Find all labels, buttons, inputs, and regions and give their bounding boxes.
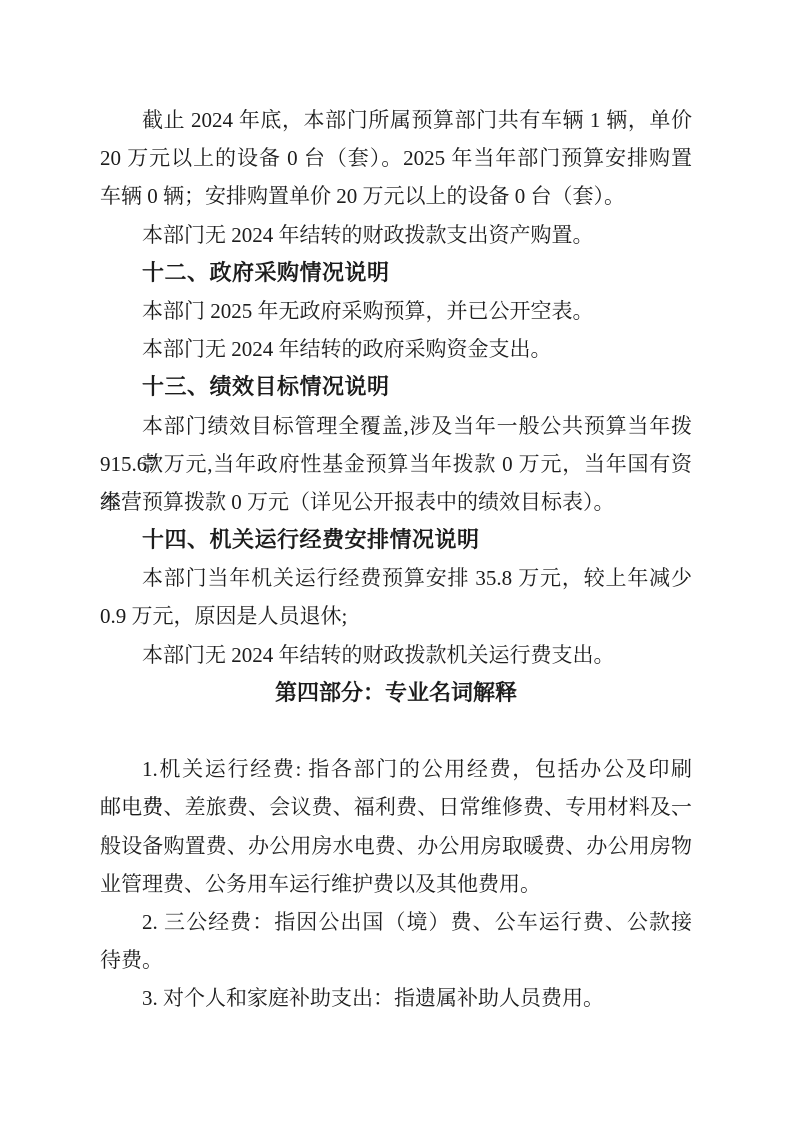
paragraph-line: 本部门 2025 年无政府采购预算，并已公开空表。 (100, 292, 692, 330)
heading-section-14: 十四、机关运行经费安排情况说明 (100, 521, 692, 559)
paragraph-line: 915.67 万元,当年政府性基金预算当年拨款 0 万元，当年国有资本 (100, 445, 692, 483)
document-page: 截止 2024 年底，本部门所属预算部门共有车辆 1 辆，单价 20 万元以上的… (0, 0, 793, 1122)
definition-line: 2. 三公经费：指因公出国（境）费、公车运行费、公款接 (100, 903, 692, 941)
definition-line: 邮电费、差旅费、会议费、福利费、日常维修费、专用材料及一 (100, 788, 692, 826)
heading-part-4: 第四部分：专业名词解释 (100, 674, 692, 712)
heading-section-13: 十三、绩效目标情况说明 (100, 368, 692, 406)
blank-line (100, 712, 692, 750)
paragraph-line: 本部门无 2024 年结转的财政拨款机关运行费支出。 (100, 636, 692, 674)
paragraph-line: 本部门绩效目标管理全覆盖,涉及当年一般公共预算当年拨款 (100, 407, 692, 445)
paragraph-line: 20 万元以上的设备 0 台（套）。2025 年当年部门预算安排购置 (100, 139, 692, 177)
paragraph-line: 本部门当年机关运行经费预算安排 35.8 万元，较上年减少 (100, 559, 692, 597)
definition-line: 般设备购置费、办公用房水电费、办公用房取暖费、办公用房物 (100, 827, 692, 865)
paragraph-line: 截止 2024 年底，本部门所属预算部门共有车辆 1 辆，单价 (100, 101, 692, 139)
paragraph-line: 本部门无 2024 年结转的财政拨款支出资产购置。 (100, 216, 692, 254)
definition-line: 业管理费、公务用车运行维护费以及其他费用。 (100, 865, 692, 903)
paragraph-line: 本部门无 2024 年结转的政府采购资金支出。 (100, 330, 692, 368)
paragraph-line: 经营预算拨款 0 万元（详见公开报表中的绩效目标表）。 (100, 483, 692, 521)
paragraph-line: 车辆 0 辆；安排购置单价 20 万元以上的设备 0 台（套）。 (100, 177, 692, 215)
definition-line: 待费。 (100, 941, 692, 979)
heading-section-12: 十二、政府采购情况说明 (100, 254, 692, 292)
definition-line: 3. 对个人和家庭补助支出：指遗属补助人员费用。 (100, 979, 692, 1017)
definition-line: 1.机关运行经费: 指各部门的公用经费，包括办公及印刷费、 (100, 750, 692, 788)
paragraph-line: 0.9 万元，原因是人员退休; (100, 597, 692, 635)
